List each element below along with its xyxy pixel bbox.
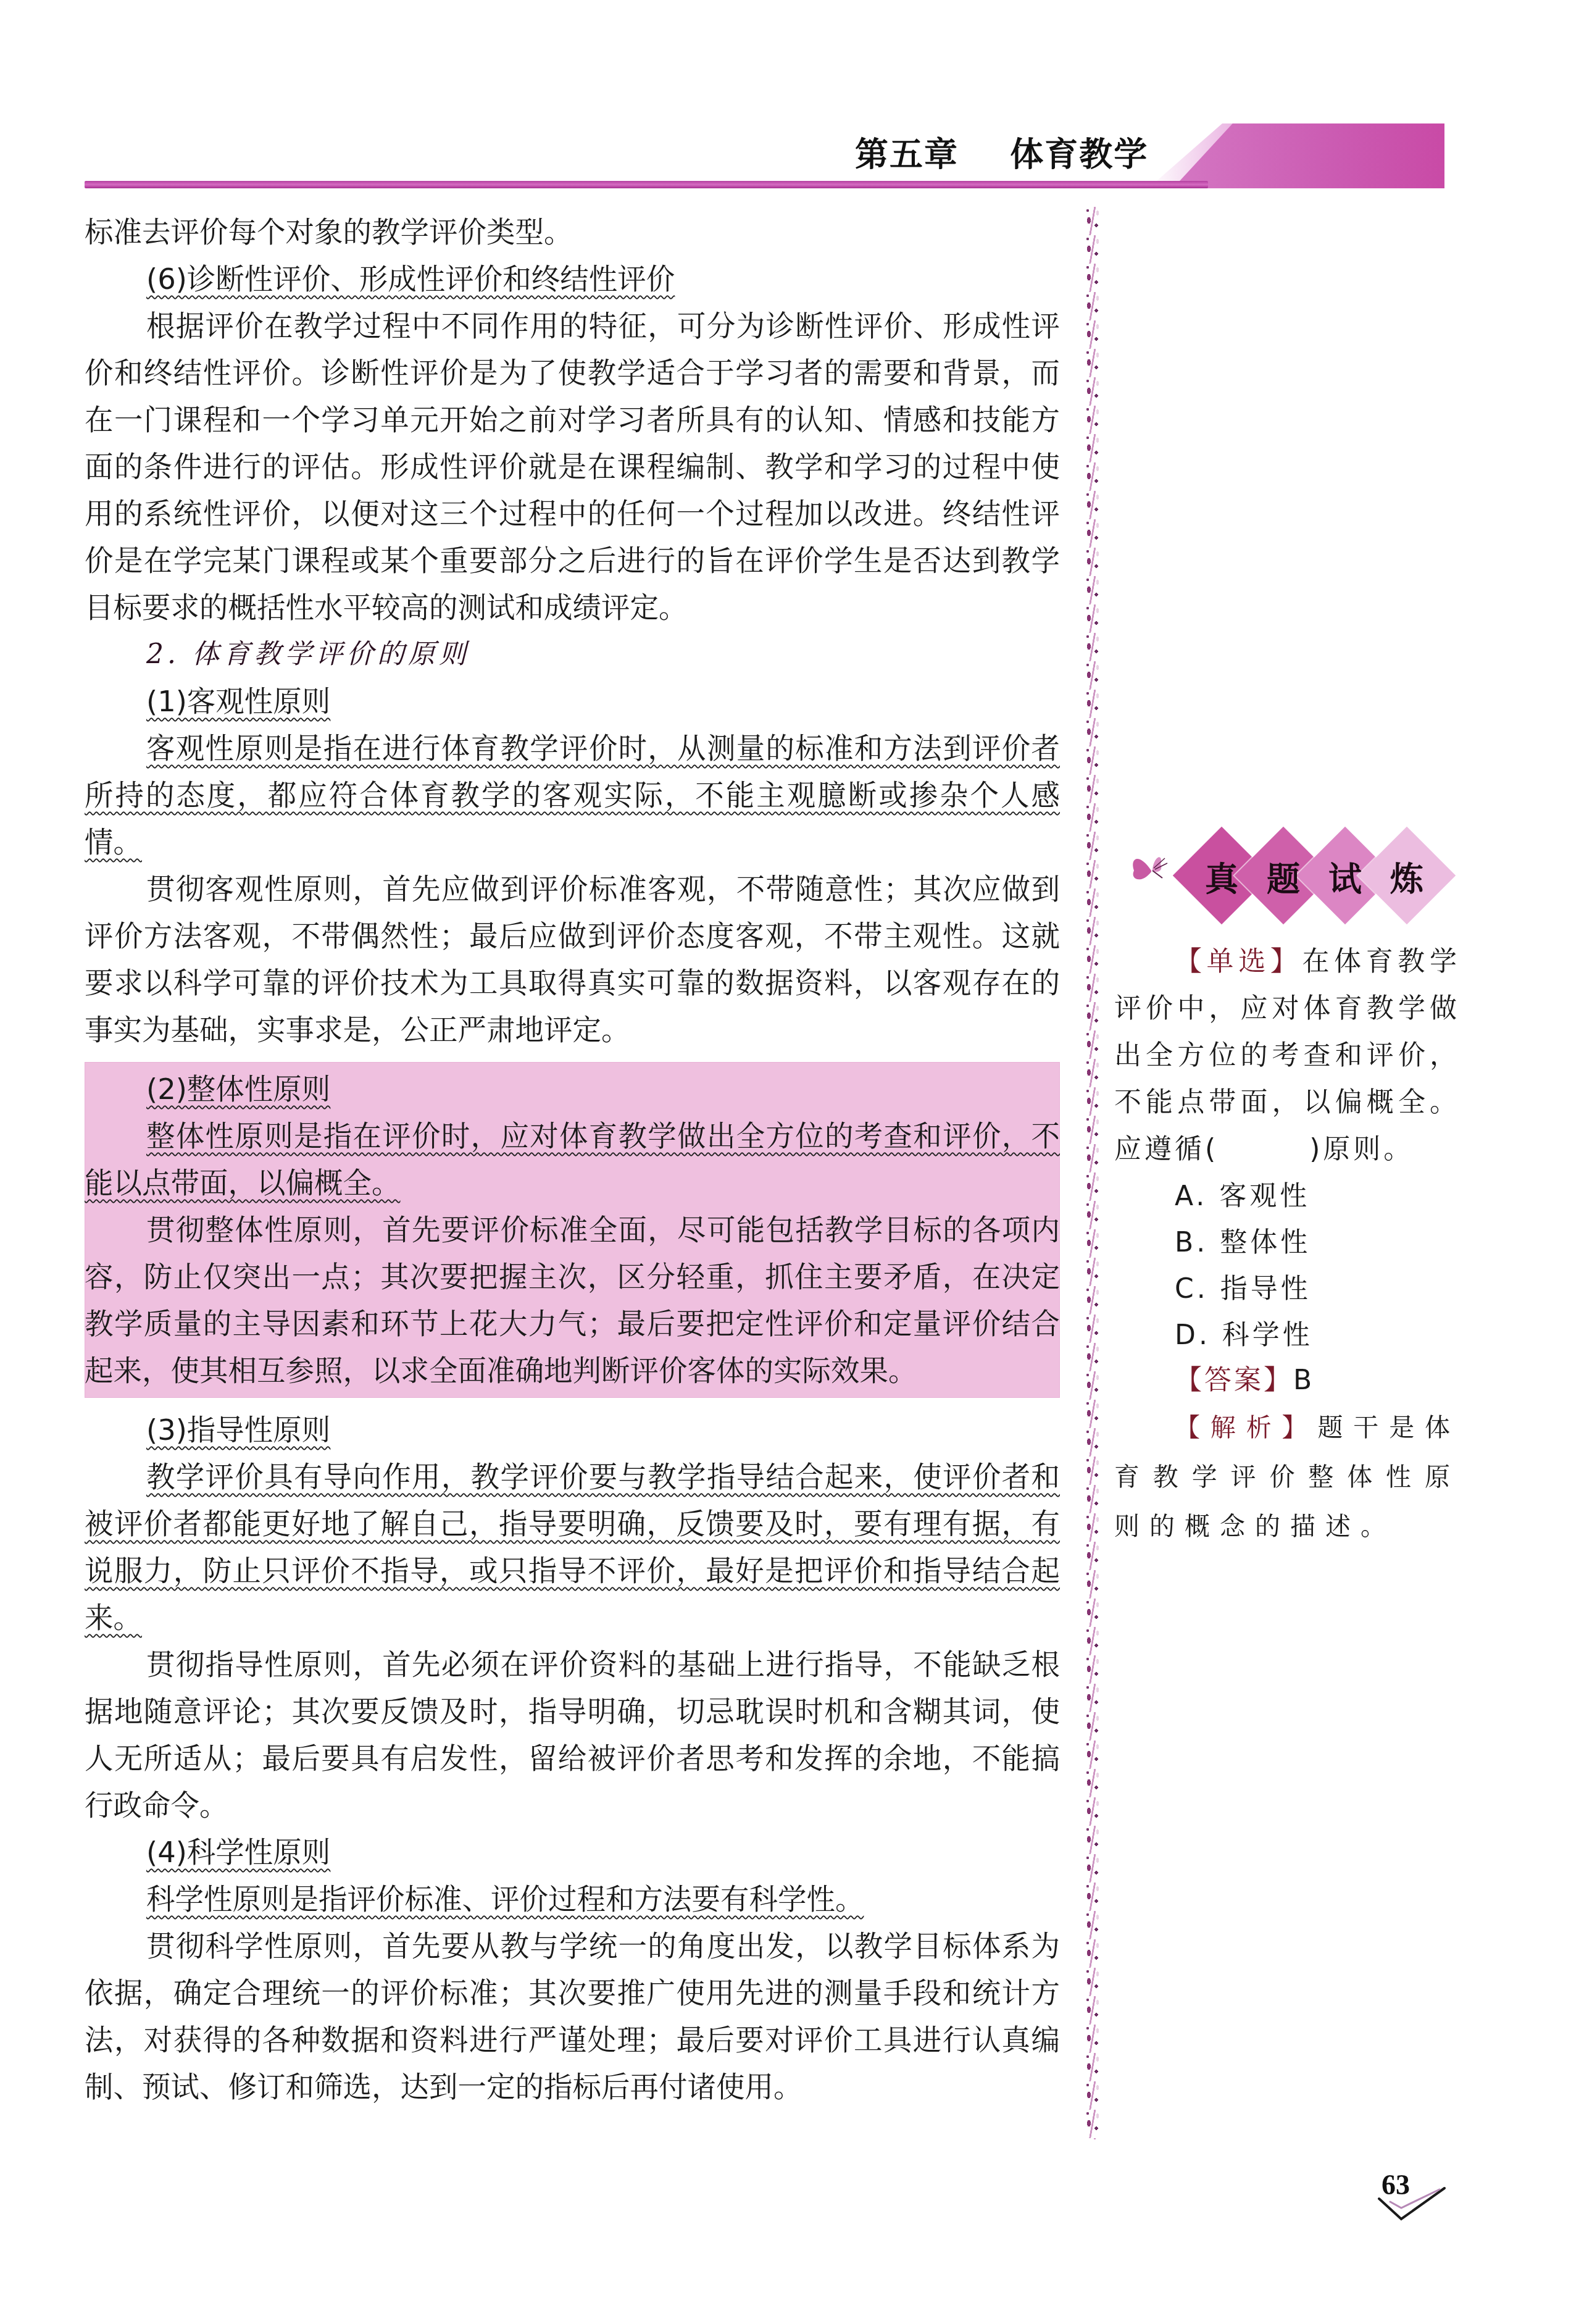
principle-3-title: (3)指导性原则 xyxy=(85,1407,1060,1453)
option-d: D. 科学性 xyxy=(1114,1312,1460,1358)
practice-sidebar: 真 题 试 炼 【单选】在体育教学评价中，应对体育教学做出全方位的考查和评价，不… xyxy=(1114,827,1460,1551)
option-b: B. 整体性 xyxy=(1114,1219,1460,1266)
option-a: A. 客观性 xyxy=(1114,1173,1460,1219)
principle-1-body: 贯彻客观性原则，首先应做到评价标准客观，不带随意性；其次应做到评价方法客观，不带… xyxy=(85,866,1060,1053)
option-c: C. 指导性 xyxy=(1114,1266,1460,1312)
header-rule xyxy=(85,181,1208,188)
practice-badge: 真 题 试 炼 xyxy=(1114,827,1460,938)
answer-line: 【答案】B xyxy=(1114,1358,1460,1403)
principle-2-definition: 整体性原则是指在评价时，应对体育教学做出全方位的考查和评价，不能以点带面，以偏概… xyxy=(85,1113,1060,1206)
principle-1-definition: 客观性原则是指在进行体育教学评价时，从测量的标准和方法到评价者所持的态度，都应符… xyxy=(85,725,1060,866)
badge-char-4: 炼 xyxy=(1357,853,1456,901)
main-column: 标准去评价每个对象的教学评价类型。 (6)诊断性评价、形成性评价和终结性评价 根… xyxy=(85,209,1060,2110)
page-header: 第五章 体育教学 xyxy=(0,0,1592,198)
principle-2-highlight-box: (2)整体性原则 整体性原则是指在评价时，应对体育教学做出全方位的考查和评价，不… xyxy=(85,1062,1060,1398)
section-6-body: 根据评价在教学过程中不同作用的特征，可分为诊断性评价、形成性评价和终结性评价。诊… xyxy=(85,303,1060,631)
principle-4-body: 贯彻科学性原则，首先要从教与学统一的角度出发，以教学目标体系为依据，确定合理统一… xyxy=(85,1923,1060,2110)
principle-2-body: 贯彻整体性原则，首先要评价标准全面，尽可能包括教学目标的各项内容，防止仅突出一点… xyxy=(85,1206,1060,1394)
question-type-label: 【单选】 xyxy=(1175,946,1302,977)
analysis-text: 【解析】题干是体育教学评价整体性原则的概念的描述。 xyxy=(1114,1403,1460,1551)
principle-2-title: (2)整体性原则 xyxy=(85,1066,1060,1113)
principle-4-title: (4)科学性原则 xyxy=(85,1829,1060,1876)
chapter-title: 第五章 体育教学 xyxy=(855,128,1148,176)
principle-4-definition: 科学性原则是指评价标准、评价过程和方法要有科学性。 xyxy=(85,1876,1060,1923)
principle-3-body: 贯彻指导性原则，首先必须在评价资料的基础上进行指导，不能缺乏根据地随意评论；其次… xyxy=(85,1641,1060,1829)
analysis-label: 【解析】 xyxy=(1175,1413,1317,1442)
vine-divider-decoration xyxy=(1080,207,1105,2139)
checkmark-icon xyxy=(1378,2183,1452,2226)
question-stem: 【单选】在体育教学评价中，应对体育教学做出全方位的考查和评价，不能点带面，以偏概… xyxy=(1114,938,1460,1173)
answer-value: B xyxy=(1293,1365,1314,1396)
principles-heading: 2. 体育教学评价的原则 xyxy=(85,631,1060,678)
answer-label: 【答案】 xyxy=(1175,1365,1293,1396)
section-6-title: (6)诊断性评价、形成性评价和终结性评价 xyxy=(85,256,1060,303)
principle-3-definition: 教学评价具有导向作用，教学评价要与教学指导结合起来，使评价者和被评价者都能更好地… xyxy=(85,1453,1060,1641)
continuation-text: 标准去评价每个对象的教学评价类型。 xyxy=(85,209,1060,256)
principle-1-title: (1)客观性原则 xyxy=(85,678,1060,725)
butterfly-icon xyxy=(1127,846,1170,889)
